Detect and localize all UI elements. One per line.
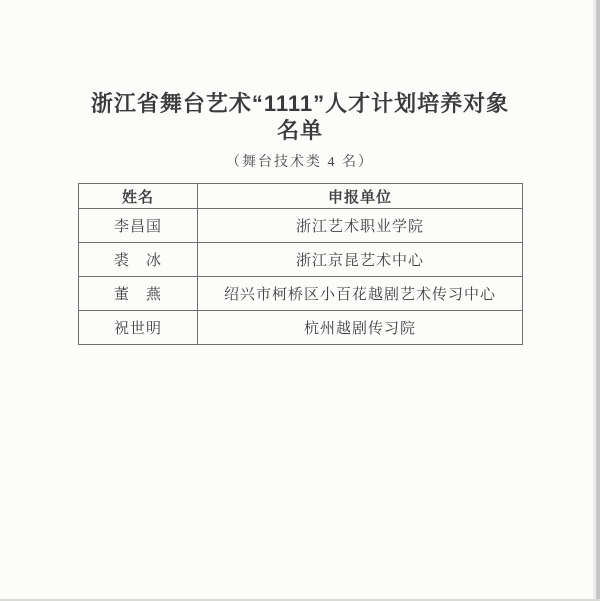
table-row: 李昌国 浙江艺术职业学院 <box>79 209 523 243</box>
cell-unit-name: 杭州越剧传习院 <box>198 311 523 345</box>
table-row: 董 燕 绍兴市柯桥区小百花越剧艺术传习中心 <box>79 277 523 311</box>
scan-edge-right <box>596 0 600 601</box>
talent-list-table: 姓名 申报单位 李昌国 浙江艺术职业学院 裘 冰 浙江京昆艺术中心 董 燕 绍兴… <box>78 183 523 345</box>
cell-person-name: 李昌国 <box>79 209 198 243</box>
column-header-unit: 申报单位 <box>198 184 523 209</box>
document-subtitle: （舞台技术类 4 名） <box>0 151 600 171</box>
document-title-line-1: 浙江省舞台艺术“1111”人才计划培养对象 <box>0 90 600 117</box>
document-title: 浙江省舞台艺术“1111”人才计划培养对象 名单 <box>0 90 600 144</box>
cell-person-name: 裘 冰 <box>79 243 198 277</box>
table-header-row: 姓名 申报单位 <box>79 184 523 209</box>
column-header-name: 姓名 <box>79 184 198 209</box>
table-row: 祝世明 杭州越剧传习院 <box>79 311 523 345</box>
cell-unit-name: 绍兴市柯桥区小百花越剧艺术传习中心 <box>198 277 523 311</box>
scanned-page: 浙江省舞台艺术“1111”人才计划培养对象 名单 （舞台技术类 4 名） 姓名 … <box>0 0 600 601</box>
document-title-line-2: 名单 <box>0 117 600 144</box>
cell-person-name: 祝世明 <box>79 311 198 345</box>
cell-unit-name: 浙江艺术职业学院 <box>198 209 523 243</box>
table-row: 裘 冰 浙江京昆艺术中心 <box>79 243 523 277</box>
cell-person-name: 董 燕 <box>79 277 198 311</box>
cell-unit-name: 浙江京昆艺术中心 <box>198 243 523 277</box>
